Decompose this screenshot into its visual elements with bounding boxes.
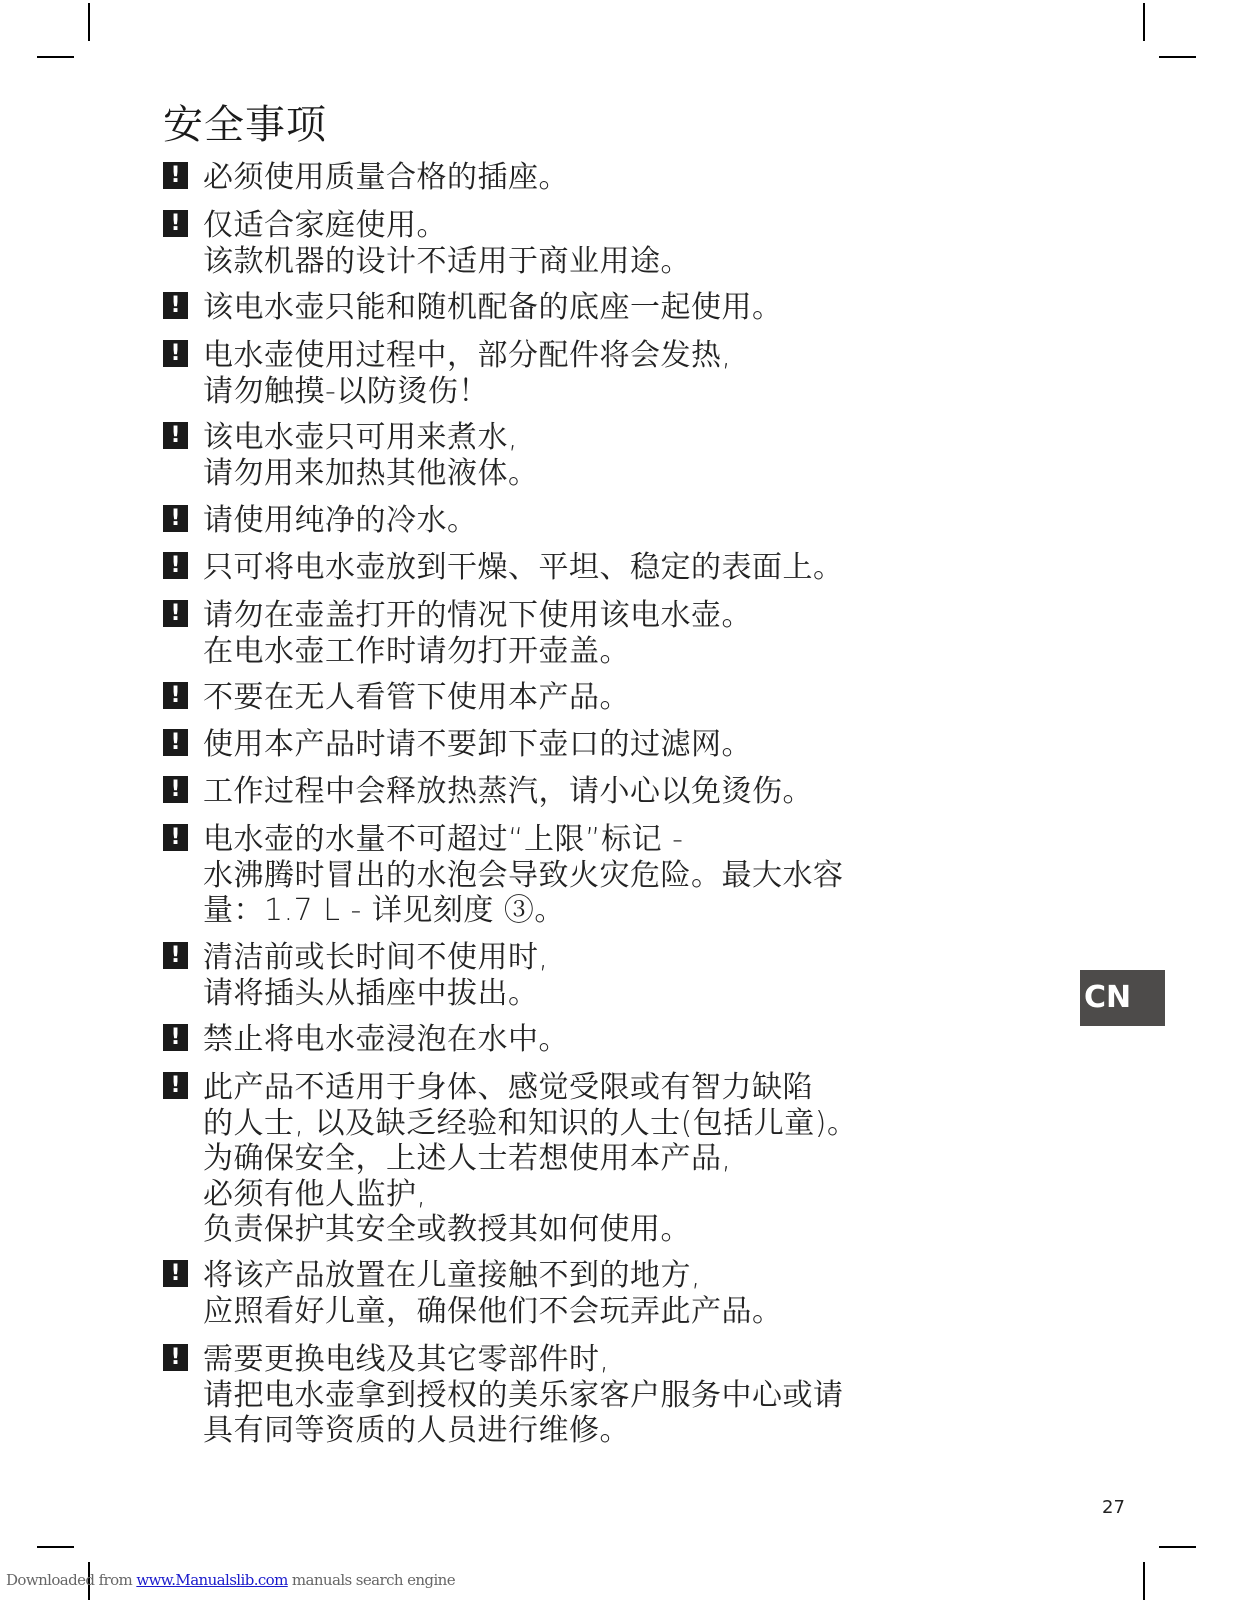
warning-exclamation-icon: ! xyxy=(163,942,188,969)
safety-item-line: 请使用纯净的冷水。 xyxy=(203,503,478,539)
safety-item-line: 使用本产品时请不要卸下壶口的过滤网。 xyxy=(203,727,752,763)
safety-item-text: 需要更换电线及其它零部件时,请把电水壶拿到授权的美乐家客户服务中心或请具有同等资… xyxy=(203,1342,844,1449)
crop-mark-top-right-vertical xyxy=(1143,3,1145,41)
safety-item-line: 具有同等资质的人员进行维修。 xyxy=(203,1413,844,1449)
safety-item-text: 禁止将电水壶浸泡在水中。 xyxy=(203,1022,569,1058)
safety-item-text: 必须使用质量合格的插座。 xyxy=(203,160,569,196)
safety-item-line: 请勿触摸-以防烫伤！ xyxy=(203,374,732,410)
safety-item-line: 禁止将电水壶浸泡在水中。 xyxy=(203,1022,569,1058)
safety-item-text: 工作过程中会释放热蒸汽，请小心以免烫伤。 xyxy=(203,774,813,810)
safety-item-text: 该电水壶只可用来煮水,请勿用来加热其他液体。 xyxy=(203,420,539,491)
language-tab-cn: CN xyxy=(1080,970,1165,1026)
warning-exclamation-icon: ! xyxy=(163,776,188,803)
safety-item-text: 只可将电水壶放到干燥、平坦、稳定的表面上。 xyxy=(203,550,844,586)
safety-item-line: 请勿在壶盖打开的情况下使用该电水壶。 xyxy=(203,598,752,634)
safety-item-line: 仅适合家庭使用。 xyxy=(203,208,691,244)
footer-suffix: manuals search engine xyxy=(288,1571,455,1589)
crop-mark-bottom-right-vertical xyxy=(1143,1562,1145,1600)
safety-item-line: 电水壶使用过程中，部分配件将会发热, xyxy=(203,338,732,374)
download-footer: Downloaded from www.Manualslib.com manua… xyxy=(6,1571,455,1589)
warning-exclamation-icon: ! xyxy=(163,682,188,709)
safety-item-text: 请勿在壶盖打开的情况下使用该电水壶。在电水壶工作时请勿打开壶盖。 xyxy=(203,598,752,669)
warning-exclamation-icon: ! xyxy=(163,1072,188,1099)
crop-mark-bottom-right-horizontal xyxy=(1159,1546,1196,1548)
safety-item-line: 水沸腾时冒出的水泡会导致火灾危险。最大水容 xyxy=(203,858,844,894)
safety-item-line: 必须有他人监护, xyxy=(203,1177,857,1213)
crop-mark-top-left-horizontal xyxy=(37,56,74,58)
safety-item-text: 电水壶的水量不可超过“上限”标记 -水沸腾时冒出的水泡会导致火灾危险。最大水容量… xyxy=(203,822,844,929)
safety-item-line: 该款机器的设计不适用于商业用途。 xyxy=(203,244,691,280)
safety-item-line: 负责保护其安全或教授其如何使用。 xyxy=(203,1212,857,1248)
warning-exclamation-icon: ! xyxy=(163,162,188,189)
safety-item-line: 请把电水壶拿到授权的美乐家客户服务中心或请 xyxy=(203,1378,844,1414)
safety-item-line: 工作过程中会释放热蒸汽，请小心以免烫伤。 xyxy=(203,774,813,810)
manualslib-link[interactable]: www.Manualslib.com xyxy=(136,1571,287,1589)
warning-exclamation-icon: ! xyxy=(163,824,188,851)
page-title: 安全事项 xyxy=(163,100,327,150)
safety-item-line: 在电水壶工作时请勿打开壶盖。 xyxy=(203,634,752,670)
safety-item-text: 清洁前或长时间不使用时,请将插头从插座中拔出。 xyxy=(203,940,549,1011)
safety-item-line: 请将插头从插座中拔出。 xyxy=(203,976,549,1012)
safety-item-line: 需要更换电线及其它零部件时, xyxy=(203,1342,844,1378)
warning-exclamation-icon: ! xyxy=(163,422,188,449)
safety-item-line: 为确保安全，上述人士若想使用本产品, xyxy=(203,1141,857,1177)
safety-item-text: 此产品不适用于身体、感觉受限或有智力缺陷的人士, 以及缺乏经验和知识的人士(包括… xyxy=(203,1070,857,1248)
safety-item-line: 量：1.7 L - 详见刻度 ③。 xyxy=(203,893,844,929)
safety-item-line: 必须使用质量合格的插座。 xyxy=(203,160,569,196)
footer-prefix: Downloaded from xyxy=(6,1571,136,1589)
safety-item-line: 只可将电水壶放到干燥、平坦、稳定的表面上。 xyxy=(203,550,844,586)
warning-exclamation-icon: ! xyxy=(163,729,188,756)
safety-item-line: 该电水壶只能和随机配备的底座一起使用。 xyxy=(203,290,783,326)
safety-item-text: 将该产品放置在儿童接触不到的地方,应照看好儿童，确保他们不会玩弄此产品。 xyxy=(203,1258,783,1329)
safety-item-text: 不要在无人看管下使用本产品。 xyxy=(203,680,630,716)
safety-item-text: 电水壶使用过程中，部分配件将会发热,请勿触摸-以防烫伤！ xyxy=(203,338,732,409)
safety-item-line: 的人士, 以及缺乏经验和知识的人士(包括儿童)。 xyxy=(203,1106,857,1142)
crop-mark-top-left-vertical xyxy=(88,3,90,41)
safety-item-line: 将该产品放置在儿童接触不到的地方, xyxy=(203,1258,783,1294)
safety-item-line: 应照看好儿童，确保他们不会玩弄此产品。 xyxy=(203,1294,783,1330)
safety-item-line: 此产品不适用于身体、感觉受限或有智力缺陷 xyxy=(203,1070,857,1106)
warning-exclamation-icon: ! xyxy=(163,1260,188,1287)
safety-item-text: 仅适合家庭使用。该款机器的设计不适用于商业用途。 xyxy=(203,208,691,279)
warning-exclamation-icon: ! xyxy=(163,1344,188,1371)
warning-exclamation-icon: ! xyxy=(163,505,188,532)
warning-exclamation-icon: ! xyxy=(163,292,188,319)
safety-item-line: 该电水壶只可用来煮水, xyxy=(203,420,539,456)
warning-exclamation-icon: ! xyxy=(163,340,188,367)
warning-exclamation-icon: ! xyxy=(163,1024,188,1051)
warning-exclamation-icon: ! xyxy=(163,552,188,579)
safety-item-text: 使用本产品时请不要卸下壶口的过滤网。 xyxy=(203,727,752,763)
page-number: 27 xyxy=(1102,1497,1125,1518)
warning-exclamation-icon: ! xyxy=(163,210,188,237)
safety-item-line: 清洁前或长时间不使用时, xyxy=(203,940,549,976)
safety-item-text: 该电水壶只能和随机配备的底座一起使用。 xyxy=(203,290,783,326)
safety-item-text: 请使用纯净的冷水。 xyxy=(203,503,478,539)
safety-item-line: 不要在无人看管下使用本产品。 xyxy=(203,680,630,716)
warning-exclamation-icon: ! xyxy=(163,600,188,627)
crop-mark-top-right-horizontal xyxy=(1159,56,1196,58)
safety-item-line: 电水壶的水量不可超过“上限”标记 - xyxy=(203,822,844,858)
safety-item-line: 请勿用来加热其他液体。 xyxy=(203,456,539,492)
crop-mark-bottom-left-horizontal xyxy=(37,1546,74,1548)
